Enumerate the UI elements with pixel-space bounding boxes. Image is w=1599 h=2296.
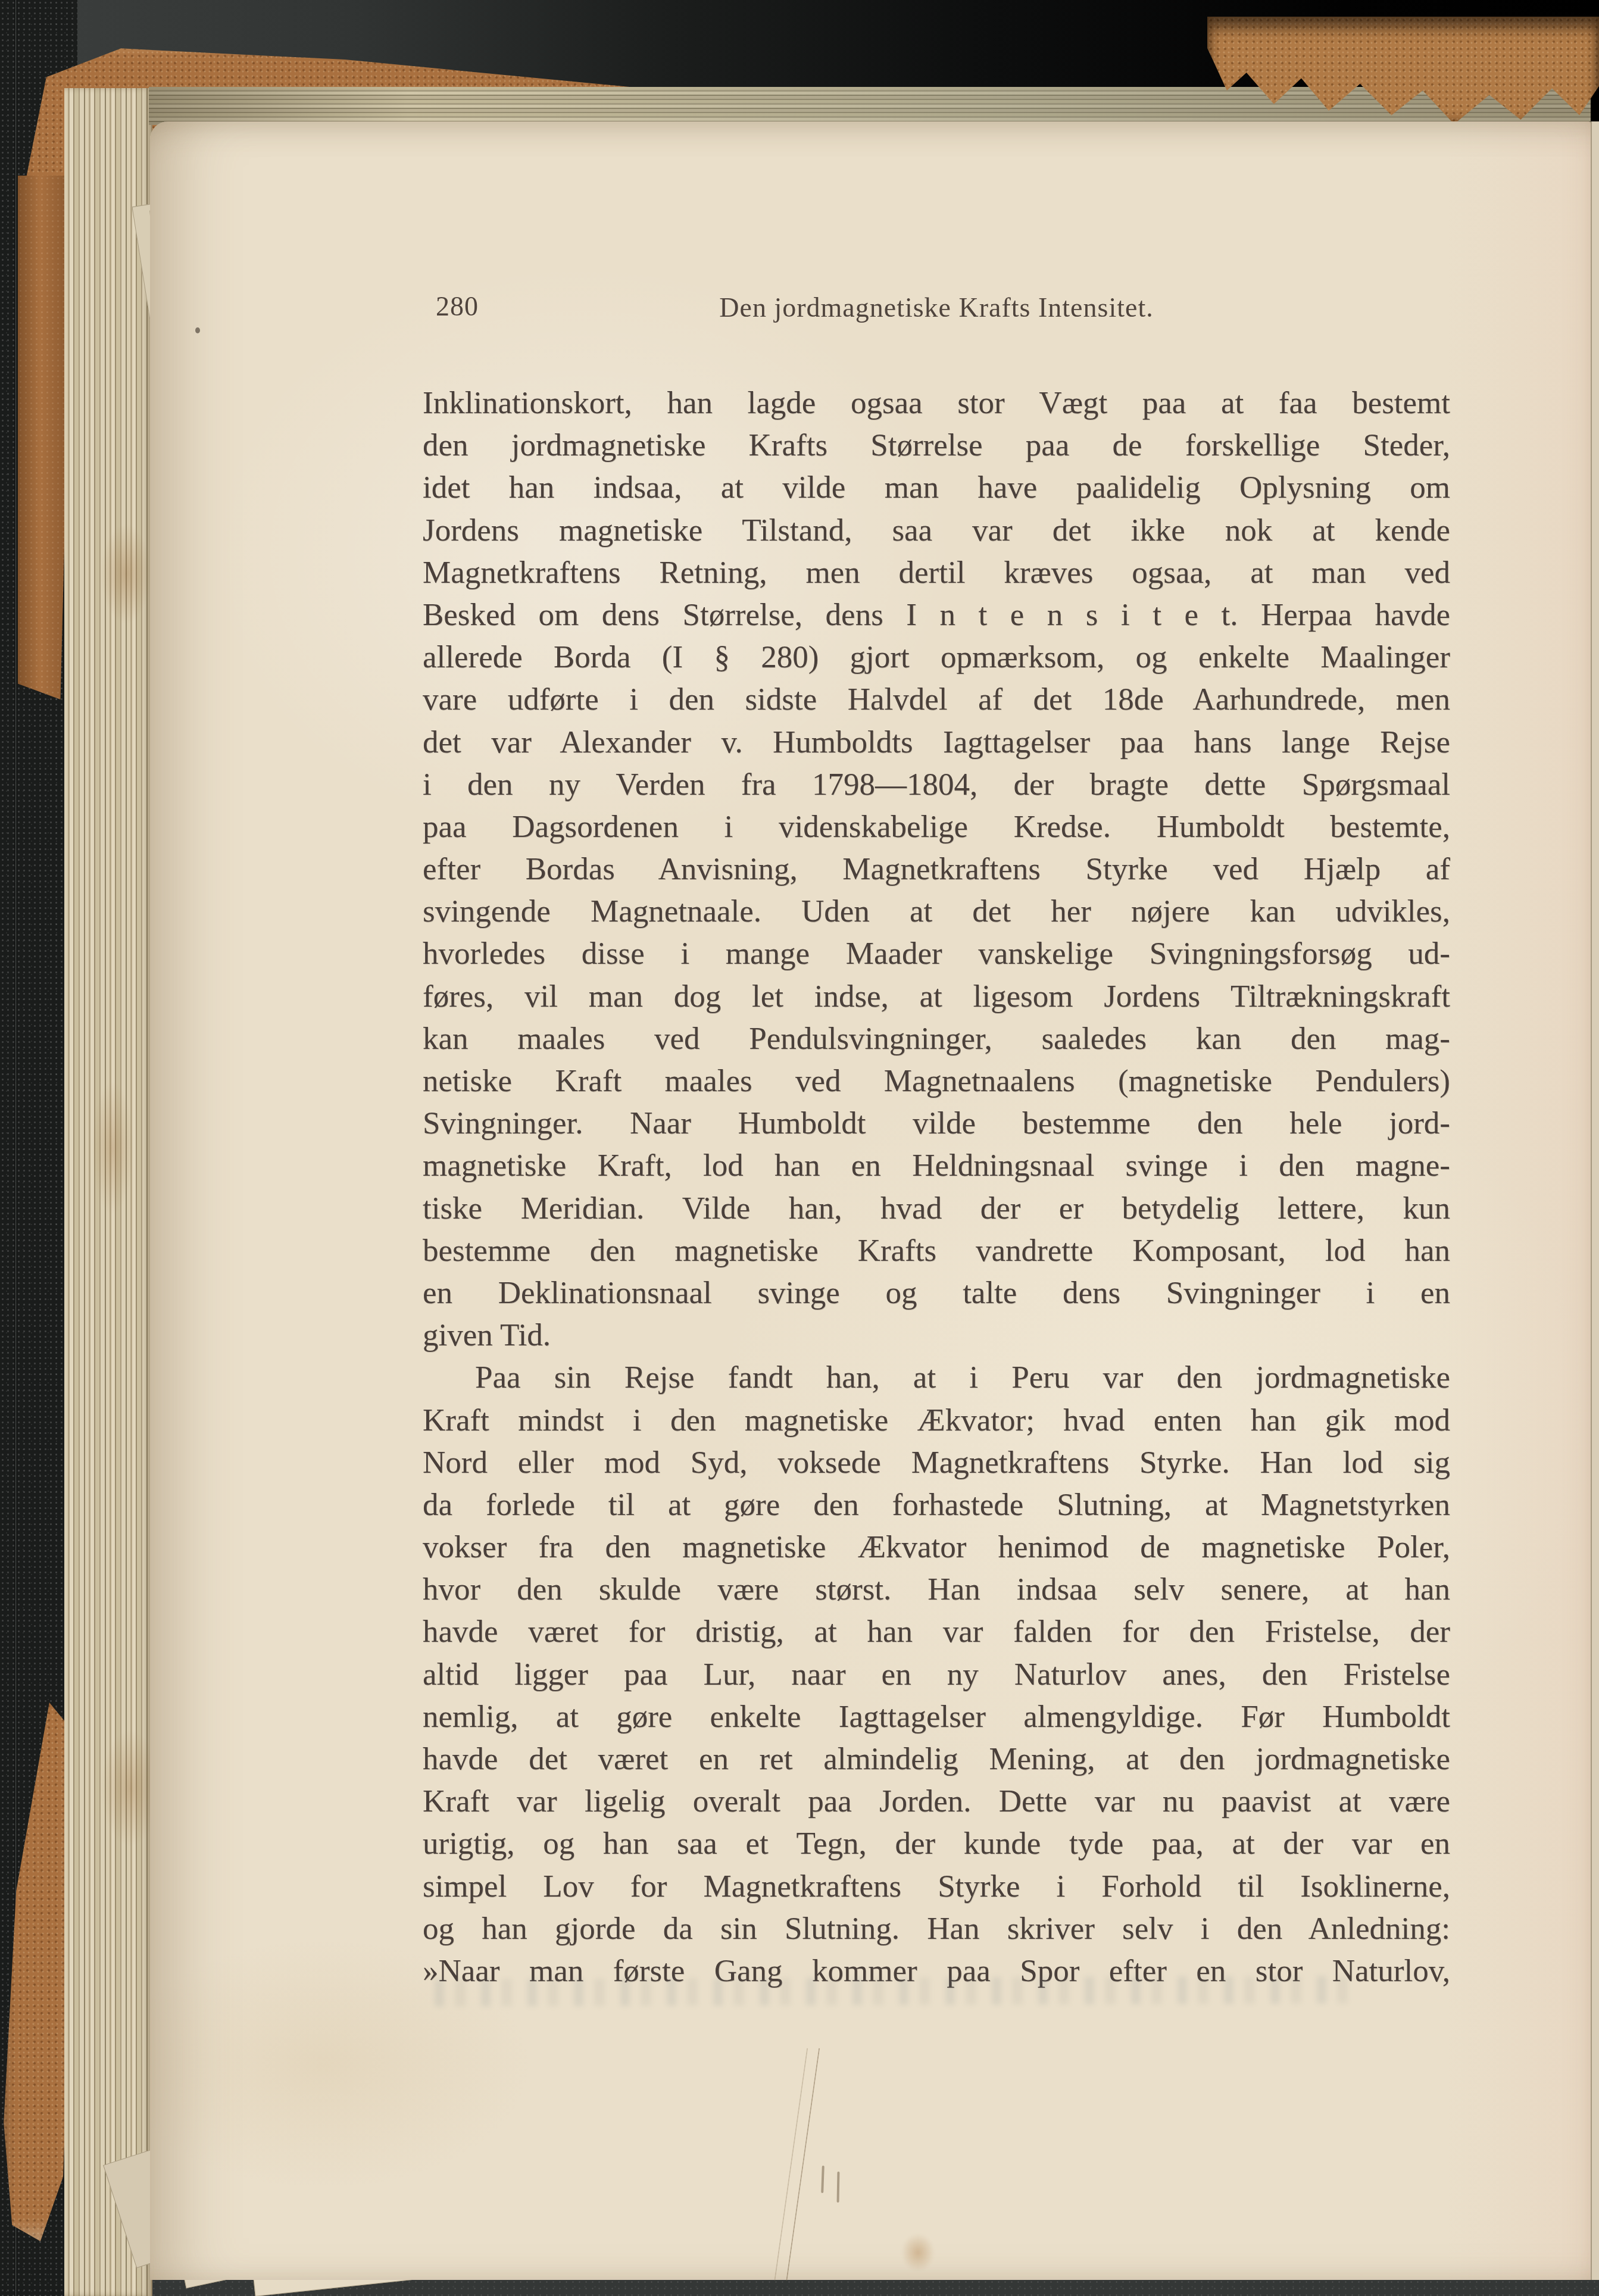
paper-stain (901, 2233, 935, 2272)
page-under-edge-right (1591, 121, 1599, 2280)
text-line: bestemme den magnetiske Krafts vandrette… (423, 1230, 1450, 1272)
text-line: havde været for dristig, at han var fald… (423, 1611, 1450, 1653)
text-line: magnetiske Kraft, lod han en Heldningsna… (423, 1145, 1450, 1187)
text-line: Nord eller mod Syd, voksede Magnetkrafte… (423, 1442, 1450, 1484)
text-line: kan maales ved Pendulsvingninger, saaled… (423, 1018, 1450, 1060)
text-line: i den ny Verden fra 1798—1804, der bragt… (423, 764, 1450, 806)
text-line: paa Dagsordenen i videnskabelige Kredse.… (423, 806, 1450, 848)
text-line: og han gjorde da sin Slutning. Han skriv… (423, 1908, 1450, 1950)
pencil-dash-mark (821, 2166, 825, 2193)
text-line: en Deklinationsnaal svinge og talte dens… (423, 1272, 1450, 1314)
running-header: Den jordmagnetiske Krafts Intensitet. (423, 292, 1450, 323)
text-line: allerede Borda (I § 280) gjort opmærksom… (423, 636, 1450, 679)
text-line: det var Alexander v. Humboldts Iagttagel… (423, 721, 1450, 764)
text-line: Magnetkraftens Retning, men dertil kræve… (423, 552, 1450, 594)
text-line: efter Bordas Anvisning, Magnetkraftens S… (423, 848, 1450, 891)
bleedthrough-ghost-text (435, 1976, 1363, 2006)
text-line: hvorledes disse i mange Maader vanskelig… (423, 933, 1450, 975)
crease-mark (756, 2045, 822, 2280)
pencil-dash-mark (837, 2172, 840, 2203)
text-line: Paa sin Rejse fandt han, at i Peru var d… (423, 1357, 1450, 1399)
text-line: Besked om dens Størrelse, dens I n t e n… (423, 594, 1450, 636)
page-edges-left-stack (64, 88, 152, 2296)
text-line: Jordens magnetiske Tilstand, saa var det… (423, 510, 1450, 552)
text-line: Inklinationskort, han lagde ogsaa stor V… (423, 382, 1450, 424)
text-line: svingende Magnetnaale. Uden at det her n… (423, 891, 1450, 933)
text-line: Svingninger. Naar Humboldt vilde bestemm… (423, 1102, 1450, 1145)
text-line: da forlede til at gøre den forhastede Sl… (423, 1484, 1450, 1526)
page-header: 280 Den jordmagnetiske Krafts Intensitet… (423, 290, 1450, 329)
paper-speck (195, 327, 200, 333)
text-line: netiske Kraft maales ved Magnetnaalens (… (423, 1060, 1450, 1102)
text-line: vokser fra den magnetiske Ækvator henimo… (423, 1526, 1450, 1569)
text-line: føres, vil man dog let indse, at ligesom… (423, 976, 1450, 1018)
text-line: urigtig, og han saa et Tegn, der kunde t… (423, 1823, 1450, 1865)
text-line: nemlig, at gøre enkelte Iagttagelser alm… (423, 1696, 1450, 1738)
book-page: 280 Den jordmagnetiske Krafts Intensitet… (150, 121, 1591, 2280)
text-line: idet han indsaa, at vilde man have paali… (423, 467, 1450, 509)
text-line: altid ligger paa Lur, naar en ny Naturlo… (423, 1654, 1450, 1696)
text-line: Kraft mindst i den magnetiske Ækvator; h… (423, 1400, 1450, 1442)
text-line: simpel Lov for Magnetkraftens Styrke i F… (423, 1866, 1450, 1908)
text-line: hvor den skulde være størst. Han indsaa … (423, 1569, 1450, 1611)
text-line: Kraft var ligelig overalt paa Jorden. De… (423, 1780, 1450, 1823)
body-text: Inklinationskort, han lagde ogsaa stor V… (423, 382, 1450, 1992)
text-line: den jordmagnetiske Krafts Størrelse paa … (423, 424, 1450, 467)
text-line: given Tid. (423, 1314, 1450, 1357)
text-line: vare udførte i den sidste Halvdel af det… (423, 679, 1450, 721)
text-line: tiske Meridian. Vilde han, hvad der er b… (423, 1188, 1450, 1230)
text-line: havde det været en ret almindelig Mening… (423, 1738, 1450, 1780)
